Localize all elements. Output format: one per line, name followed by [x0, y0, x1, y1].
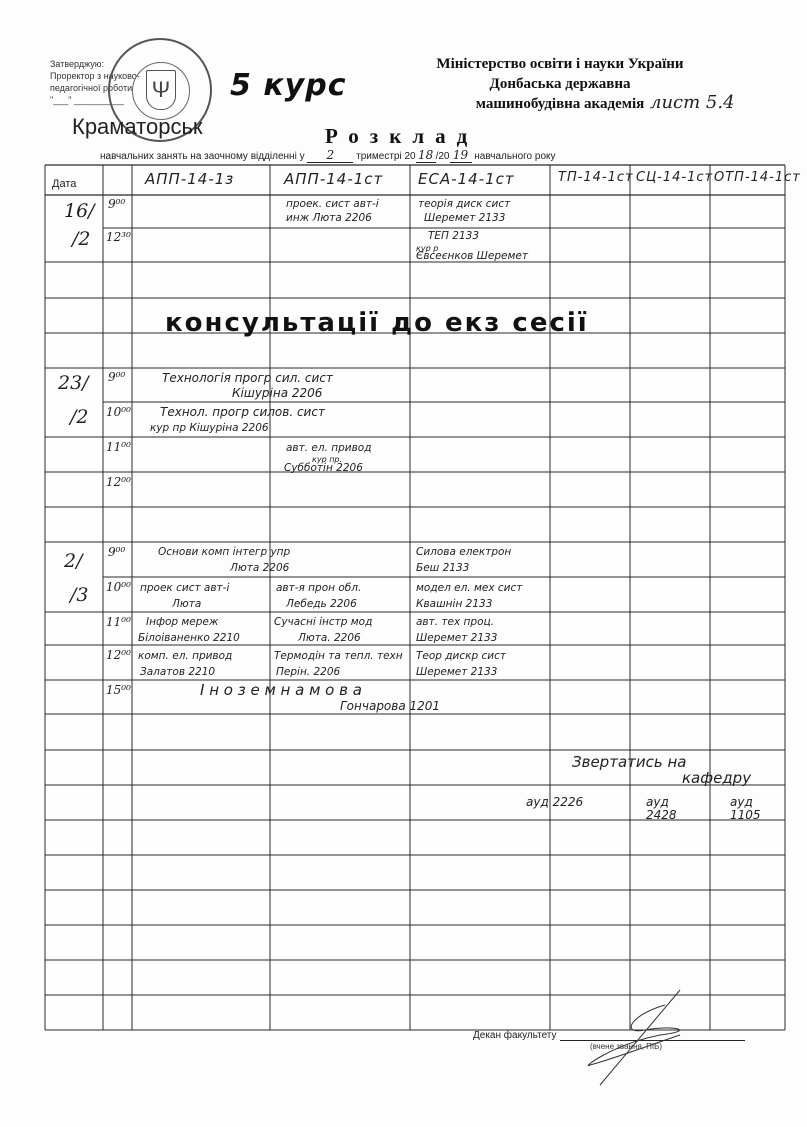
group-header: ТП-14-1ст	[558, 170, 634, 185]
date-month: /3	[70, 584, 89, 606]
group-header: ЕСА-14-1ст	[418, 170, 515, 188]
time-slot: 9⁰⁰	[108, 197, 125, 211]
schedule-entry: авт-я прон обл.	[276, 582, 361, 595]
course-note: 5 курс	[230, 68, 347, 103]
room-number: ауд 2428	[646, 796, 690, 822]
consultation-banner: консультації до екз сесії	[165, 308, 589, 338]
time-slot: 11⁰⁰	[106, 440, 131, 454]
time-slot: 12³⁰	[106, 230, 131, 244]
schedule-entry: авт. тех проц.	[416, 616, 494, 629]
schedule-entry: проек сист авт-і	[140, 582, 229, 595]
subtitle: навчальних занять на заочному відділенні…	[100, 148, 556, 163]
year-end: 19	[450, 148, 472, 163]
schedule-entry: инж Лютa 2206	[286, 212, 372, 225]
schedule-entry: модел ел. мех сист	[416, 582, 522, 595]
schedule-entry: Люта 2206	[230, 562, 289, 575]
time-slot: 12⁰⁰	[106, 475, 131, 489]
city-label: Краматорськ	[72, 114, 203, 140]
group-header: СЦ-14-1ст	[636, 170, 713, 185]
room-number: ауд 2226	[526, 796, 583, 809]
schedule-entry: Беш 2133	[416, 562, 469, 575]
room-number: ауд 1105	[730, 796, 766, 822]
schedule-entry: кур пр Кішуріна 2206	[150, 422, 269, 435]
date-day: 2/	[64, 550, 83, 572]
notice-text: кафедру	[682, 772, 751, 785]
time-slot: 10⁰⁰	[106, 580, 131, 594]
schedule-entry: І н о з е м н а м о в а	[200, 684, 362, 697]
date-month: /2	[72, 228, 91, 250]
ministry-line: Міністерство освіти і науки України	[405, 54, 715, 74]
schedule-entry: Технологія прогр сил. сист	[162, 372, 333, 385]
schedule-entry: Основи комп інтегр упр	[158, 546, 290, 559]
time-slot: 9⁰⁰	[108, 370, 125, 384]
trimester-value: 2	[307, 148, 353, 163]
notice-text: Звертатись на	[572, 756, 686, 769]
schedule-entry: Люта. 2206	[298, 632, 361, 645]
subtitle-text: навчальних занять на заочному відділенні…	[100, 151, 305, 162]
page-title: Розклад	[325, 124, 478, 149]
group-header: ОТП-14-1ст	[714, 170, 801, 185]
schedule-entry: Сучасні інстр мод	[274, 616, 372, 629]
group-header: АПП-14-1ст	[284, 170, 383, 188]
schedule-entry: Шеремет 2133	[416, 632, 497, 645]
schedule-entry: Технол. прогр силов. сист	[160, 406, 325, 419]
schedule-entry: проек. сист авт-і	[286, 198, 379, 211]
time-slot: 11⁰⁰	[106, 615, 131, 629]
schedule-entry: Теор дискр сист	[416, 650, 506, 663]
schedule-entry: теорія диск сист	[418, 198, 510, 211]
signature-icon	[570, 985, 710, 1095]
schedule-entry: Шеремет 2133	[424, 212, 505, 225]
schedule-entry: комп. ел. привод	[138, 650, 232, 663]
schedule-entry: Кішуріна 2206	[232, 387, 322, 400]
sheet-note: лист 5.4	[650, 92, 735, 113]
schedule-entry: Інфор мереж	[146, 616, 218, 629]
schedule-entry: Силова електрон	[416, 546, 511, 559]
schedule-entry: Квашнін 2133	[416, 598, 492, 611]
time-slot: 12⁰⁰	[106, 648, 131, 662]
schedule-entry: Євсеєнков Шеремет	[416, 250, 528, 263]
schedule-entry: Шеремет 2133	[416, 666, 497, 679]
ministry-line: Донбаська державна	[405, 74, 715, 94]
date-day: 23/	[58, 372, 89, 394]
time-slot: 9⁰⁰	[108, 545, 125, 559]
time-slot: 10⁰⁰	[106, 405, 131, 419]
subtitle-text: навчального року	[474, 151, 555, 162]
schedule-entry: Гончарова 1201	[340, 700, 440, 713]
trident-icon: Ψ	[146, 70, 176, 110]
schedule-entry: Лебедь 2206	[286, 598, 357, 611]
schedule-entry: Перін. 2206	[276, 666, 340, 679]
subtitle-text: /20	[436, 151, 450, 162]
schedule-entry: Білоіваненко 2210	[138, 632, 240, 645]
time-slot: 15⁰⁰	[106, 683, 131, 697]
date-day: 16/	[64, 200, 95, 222]
dean-label: Декан факультету	[473, 1030, 557, 1041]
schedule-entry: Термодін та тепл. техн	[274, 650, 403, 663]
date-header: Дата	[52, 178, 76, 190]
year-start: 18	[416, 148, 436, 163]
group-header: АПП-14-1з	[145, 170, 234, 188]
schedule-entry: Субботін 2206	[284, 462, 363, 475]
schedule-entry: Залатов 2210	[140, 666, 215, 679]
schedule-entry: Люта	[172, 598, 201, 611]
subtitle-text: триместрі 20	[356, 151, 415, 162]
date-month: /2	[70, 406, 89, 428]
